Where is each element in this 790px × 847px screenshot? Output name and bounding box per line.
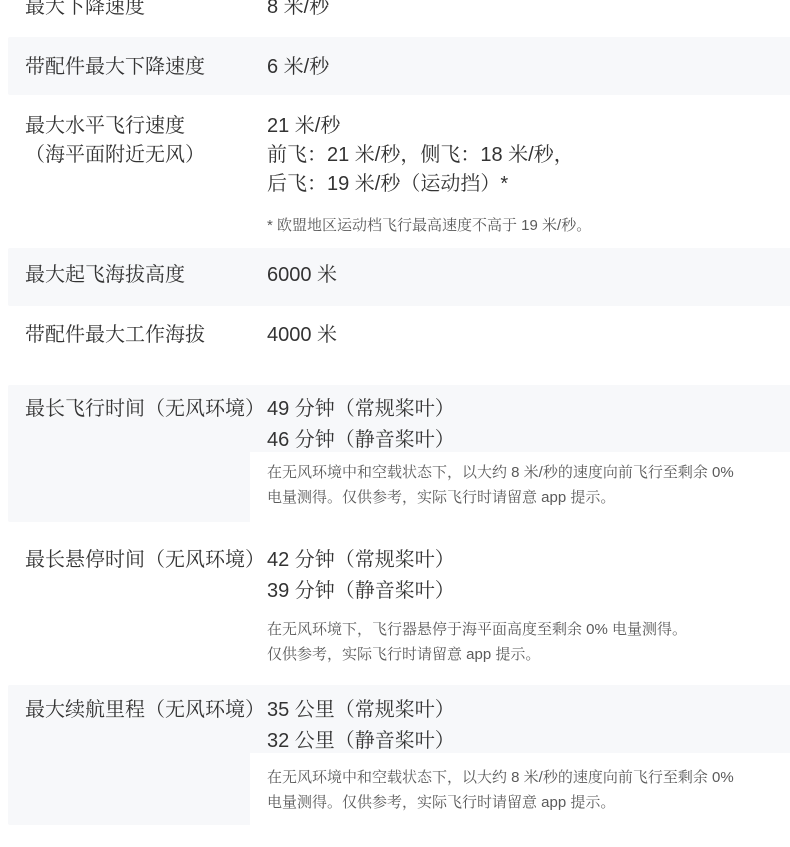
spec-value: 21 米/秒 前飞：21 米/秒，侧飞：18 米/秒， 后飞：19 米/秒（运动… xyxy=(267,112,790,248)
spec-label-line: 最大水平飞行速度 xyxy=(25,112,267,141)
spec-value-line: 39 分钟（静音桨叶） xyxy=(267,576,790,607)
spec-label-line: 最大下降速度 xyxy=(25,0,267,23)
spec-value-line: 35 公里（常规桨叶） xyxy=(267,695,790,726)
spec-value: 42 分钟（常规桨叶） 39 分钟（静音桨叶） 在无风环境下，飞行器悬停于海平面… xyxy=(267,545,790,685)
spec-note-line: 在无风环境下，飞行器悬停于海平面高度至剩余 0% 电量测得。 xyxy=(267,617,790,642)
spec-label: 最大水平飞行速度 （海平面附近无风） xyxy=(8,112,267,248)
spec-footnote: * 欧盟地区运动档飞行最高速度不高于 19 米/秒。 xyxy=(267,213,790,238)
spec-row-max-flight-distance: 最大续航里程（无风环境） 35 公里（常规桨叶） 32 公里（静音桨叶） 在无风… xyxy=(8,685,790,847)
spec-note-line: 在无风环境中和空载状态下，以大约 8 米/秒的速度向前飞行至剩余 0% xyxy=(267,460,790,485)
spec-value-line: 8 米/秒 xyxy=(267,0,790,23)
spec-value: 49 分钟（常规桨叶） 46 分钟（静音桨叶） 在无风环境中和空载状态下，以大约… xyxy=(267,394,790,535)
spec-note-line: 在无风环境中和空载状态下，以大约 8 米/秒的速度向前飞行至剩余 0% xyxy=(267,765,790,790)
spec-row-max-takeoff-altitude: 最大起飞海拔高度 6000 米 xyxy=(8,248,790,306)
spec-row-max-horizontal-speed: 最大水平飞行速度 （海平面附近无风） 21 米/秒 前飞：21 米/秒，侧飞：1… xyxy=(8,95,790,248)
spec-label-line: 带配件最大下降速度 xyxy=(25,52,267,83)
spec-note-line: 仅供参考，实际飞行时请留意 app 提示。 xyxy=(267,642,790,667)
spec-value: 8 米/秒 xyxy=(267,0,790,37)
spec-value-line: 4000 米 xyxy=(267,320,790,351)
spec-note: 在无风环境中和空载状态下，以大约 8 米/秒的速度向前飞行至剩余 0% 电量测得… xyxy=(267,765,790,815)
spec-label: 带配件最大下降速度 xyxy=(8,52,267,95)
spec-value: 4000 米 xyxy=(267,320,790,385)
spec-value-line: 前飞：21 米/秒，侧飞：18 米/秒， xyxy=(267,141,790,170)
spec-value-line: 42 分钟（常规桨叶） xyxy=(267,545,790,576)
spec-label-line: 最大续航里程（无风环境） xyxy=(25,695,267,726)
spec-note-line: 电量测得。仅供参考，实际飞行时请留意 app 提示。 xyxy=(267,790,790,815)
spec-value-line: 46 分钟（静音桨叶） xyxy=(267,425,790,456)
spec-value: 35 公里（常规桨叶） 32 公里（静音桨叶） 在无风环境中和空载状态下，以大约… xyxy=(267,695,790,847)
spec-value-line: 32 公里（静音桨叶） xyxy=(267,726,790,757)
spec-label-line: 最大起飞海拔高度 xyxy=(25,260,267,291)
spec-row-max-hover-time: 最长悬停时间（无风环境） 42 分钟（常规桨叶） 39 分钟（静音桨叶） 在无风… xyxy=(8,535,790,685)
spec-row-max-operating-altitude-with-accessories: 带配件最大工作海拔 4000 米 xyxy=(8,306,790,385)
spec-note: 在无风环境中和空载状态下，以大约 8 米/秒的速度向前飞行至剩余 0% 电量测得… xyxy=(267,460,790,510)
spec-note: 在无风环境下，飞行器悬停于海平面高度至剩余 0% 电量测得。 仅供参考，实际飞行… xyxy=(267,617,790,667)
spec-value-line: 49 分钟（常规桨叶） xyxy=(267,394,790,425)
spec-value: 6000 米 xyxy=(267,260,790,306)
spec-note-line: 电量测得。仅供参考，实际飞行时请留意 app 提示。 xyxy=(267,485,790,510)
spec-table: 最大下降速度 8 米/秒 带配件最大下降速度 6 米/秒 最大水平飞行速度 （海… xyxy=(0,0,790,847)
spec-value-line: 6000 米 xyxy=(267,260,790,291)
spec-footnote-line: * 欧盟地区运动档飞行最高速度不高于 19 米/秒。 xyxy=(267,213,790,238)
spec-label-line: 最长飞行时间（无风环境） xyxy=(25,394,267,425)
spec-value: 6 米/秒 xyxy=(267,52,790,95)
spec-value-line: 后飞：19 米/秒（运动挡）* xyxy=(267,170,790,199)
spec-label: 最大续航里程（无风环境） xyxy=(8,695,267,847)
spec-label: 最大下降速度 xyxy=(8,0,267,37)
spec-row-max-descent-speed-with-accessories: 带配件最大下降速度 6 米/秒 xyxy=(8,37,790,95)
spec-row-max-flight-time: 最长飞行时间（无风环境） 49 分钟（常规桨叶） 46 分钟（静音桨叶） 在无风… xyxy=(8,385,790,535)
spec-label-line: （海平面附近无风） xyxy=(25,141,267,170)
spec-row-max-descent-speed: 最大下降速度 8 米/秒 xyxy=(8,0,790,37)
spec-label: 最长悬停时间（无风环境） xyxy=(8,545,267,685)
spec-label: 最长飞行时间（无风环境） xyxy=(8,394,267,535)
spec-label: 最大起飞海拔高度 xyxy=(8,260,267,306)
spec-value-line: 21 米/秒 xyxy=(267,112,790,141)
spec-value-line: 6 米/秒 xyxy=(267,52,790,83)
spec-label: 带配件最大工作海拔 xyxy=(8,320,267,385)
spec-label-line: 最长悬停时间（无风环境） xyxy=(25,545,267,576)
spec-label-line: 带配件最大工作海拔 xyxy=(25,320,267,351)
